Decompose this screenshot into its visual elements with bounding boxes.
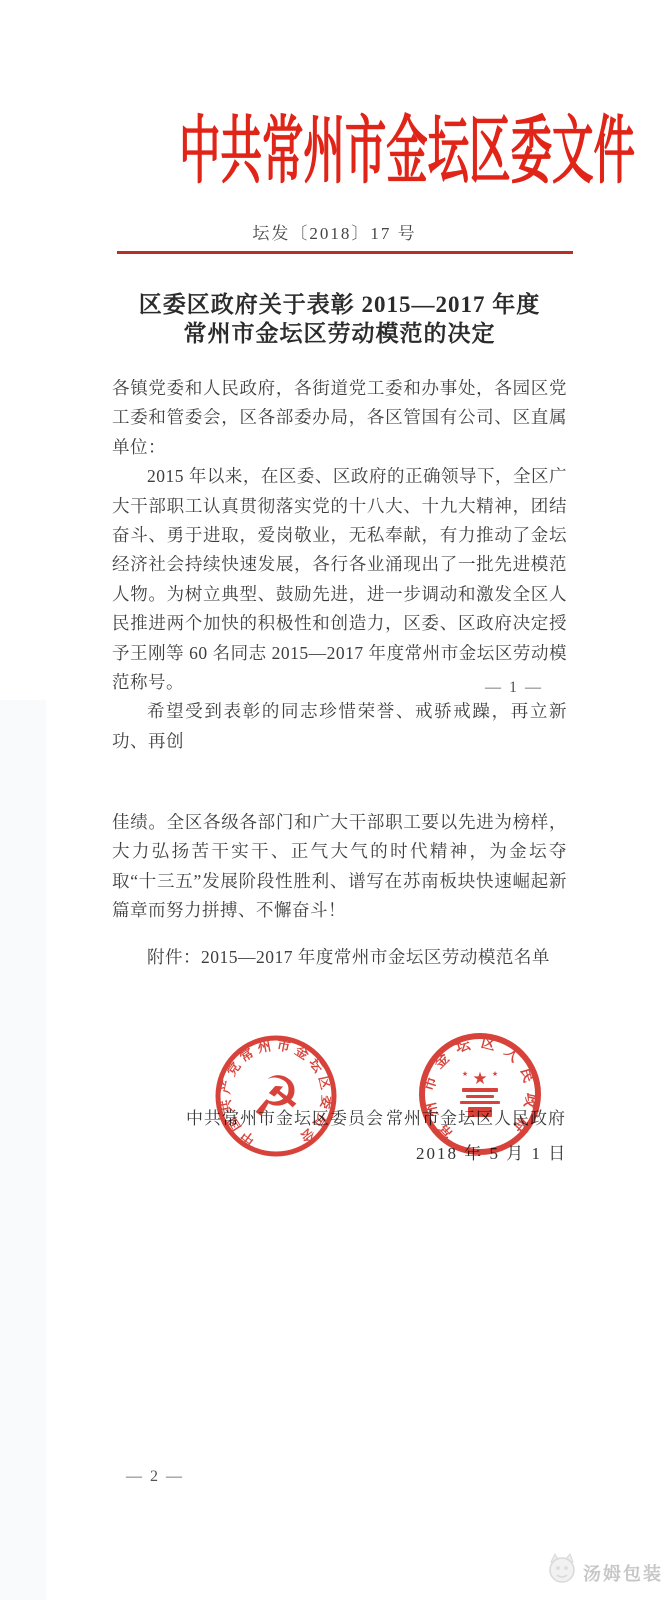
body-page2: 佳绩。全区各级各部门和广大干部职工要以先进为榜样，大力弘扬苦干实干、正气大气的时… <box>112 808 567 926</box>
document-header-title: 中共常州市金坛区委文件 <box>0 110 669 194</box>
page-number-2: — 2 — <box>126 1468 184 1486</box>
body-page1: 各镇党委和人民政府，各街道党工委和办事处，各园区党工委和管委会，区各部委办局，各… <box>112 374 567 756</box>
attachment-line: 附件：2015—2017 年度常州市金坛区劳动模范名单 <box>112 944 567 969</box>
svg-text:★: ★ <box>462 1070 468 1078</box>
hammer-sickle-icon: ☭ <box>251 1065 301 1130</box>
government-seal: 常州市金坛区人民政府 ★ ★ ★ <box>418 1032 542 1156</box>
page-edge-shadow <box>0 700 46 1600</box>
salutation-paragraph: 各镇党委和人民政府，各街道党工委和办事处，各园区党工委和管委会，区各部委办局，各… <box>112 374 567 462</box>
document-number: 坛发〔2018〕17 号 <box>0 219 669 244</box>
page-number-1: — 1 — <box>112 679 543 697</box>
document-title-line2: 常州市金坛区劳动模范的决定 <box>60 319 619 348</box>
red-divider-line <box>117 251 573 254</box>
svg-text:★: ★ <box>472 1069 487 1089</box>
tom-cat-logo-icon <box>545 1552 579 1586</box>
document-title: 区委区政府关于表彰 2015—2017 年度 常州市金坛区劳动模范的决定 <box>60 290 619 348</box>
red-header-document: 中共常州市金坛区委文件 坛发〔2018〕17 号 区委区政府关于表彰 2015—… <box>0 0 669 1600</box>
document-title-line1: 区委区政府关于表彰 2015—2017 年度 <box>60 290 619 319</box>
body-paragraph-2-start: 希望受到表彰的同志珍惜荣誉、戒骄戒躁，再立新功、再创 <box>112 697 567 756</box>
document-header-title-text: 中共常州市金坛区委文件 <box>179 110 635 194</box>
watermark-label: 汤姆包装 <box>583 1560 663 1586</box>
body-paragraph-2-end: 佳绩。全区各级各部门和广大干部职工要以先进为榜样，大力弘扬苦干实干、正气大气的时… <box>112 808 567 926</box>
national-emblem-icon: ★ ★ ★ <box>460 1069 500 1117</box>
party-committee-seal: 中国共产党常州市金坛区委员会 ☭ <box>214 1034 338 1158</box>
body-paragraph-1: 2015 年以来，在区委、区政府的正确领导下，全区广大干部职工认真贯彻落实党的十… <box>112 462 567 697</box>
svg-text:★: ★ <box>492 1070 498 1078</box>
